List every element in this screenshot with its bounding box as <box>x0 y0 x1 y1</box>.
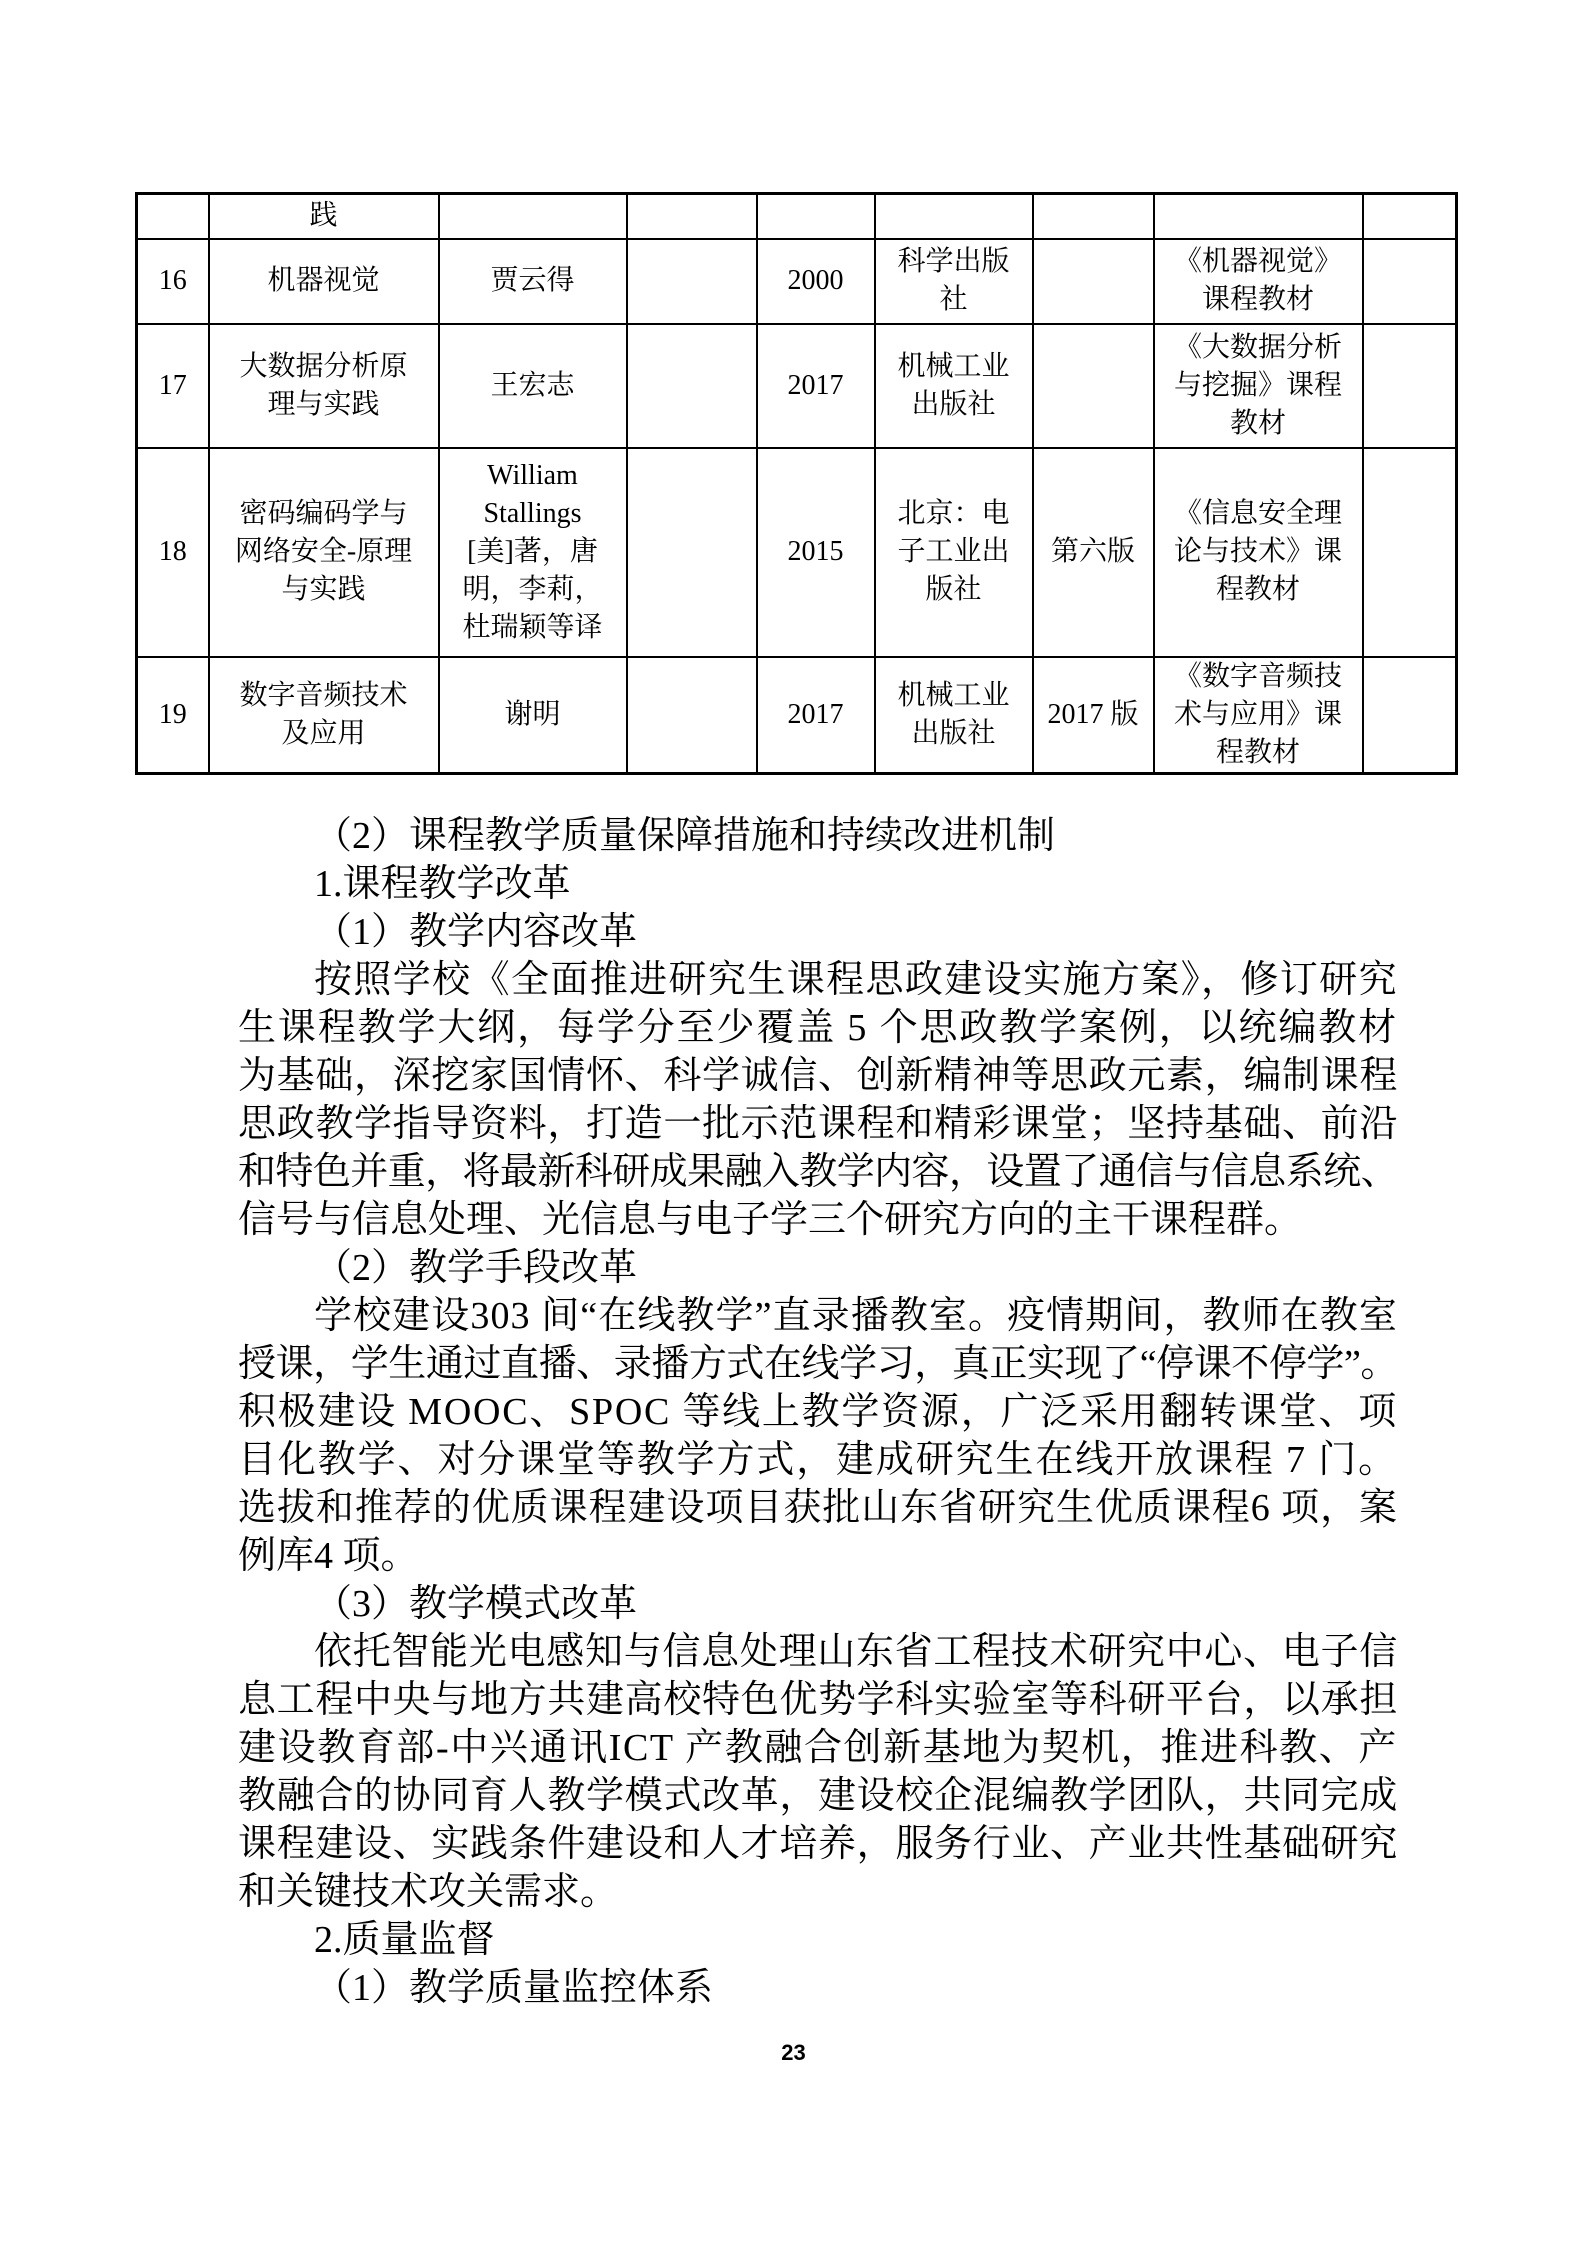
table-row: 践 <box>137 194 1457 239</box>
table-cell <box>439 194 627 239</box>
table-cell <box>627 324 757 448</box>
table-cell <box>627 448 757 657</box>
table-cell: 机械工业 出版社 <box>875 324 1033 448</box>
table-cell <box>627 657 757 774</box>
text-line: 和关键技术攻关需求。 <box>238 1868 1398 1916</box>
table-cell: 机械工业 出版社 <box>875 657 1033 774</box>
text-line-content: 建设教育部-中兴通讯ICT 产教融合创新基地为契机，推进科教、产 <box>238 1727 1398 1769</box>
text-line-content: 课程建设、实践条件建设和人才培养，服务行业、产业共性基础研究 <box>238 1823 1398 1865</box>
table-cell: 密码编码学与 网络安全-原理 与实践 <box>209 448 439 657</box>
text-line: 按照学校《全面推进研究生课程思政建设实施方案》，修订研究 <box>314 956 1398 1004</box>
text-line-content: 积极建设 MOOC、SPOC 等线上教学资源，广泛采用翻转课堂、项 <box>238 1391 1398 1433</box>
text-line-content: 2.质量监督 <box>314 1919 495 1961</box>
table-row: 16机器视觉贾云得2000科学出版 社《机器视觉》 课程教材 <box>137 239 1457 324</box>
table-row: 19数字音频技术 及应用谢明2017机械工业 出版社2017 版《数字音频技 术… <box>137 657 1457 774</box>
text-line: 课程建设、实践条件建设和人才培养，服务行业、产业共性基础研究 <box>238 1820 1398 1868</box>
text-line-content: 信号与信息处理、光信息与电子学三个研究方向的主干课程群。 <box>238 1199 1302 1241</box>
table-cell <box>627 239 757 324</box>
text-line-content: 选拔和推荐的优质课程建设项目获批山东省研究生优质课程6 项，案 <box>238 1487 1398 1529</box>
text-line-content: 授课，学生通过直播、录播方式在线学习，真正实现了“停课不停学”。 <box>238 1343 1398 1385</box>
table-cell: 2000 <box>757 239 875 324</box>
text-line-content: 生课程教学大纲，每学分至少覆盖 5 个思政教学案例，以统编教材 <box>238 1007 1398 1049</box>
table-cell: 北京：电 子工业出 版社 <box>875 448 1033 657</box>
text-line: 积极建设 MOOC、SPOC 等线上教学资源，广泛采用翻转课堂、项 <box>238 1388 1398 1436</box>
text-line-content: （1）教学内容改革 <box>314 911 637 953</box>
table-cell: 科学出版 社 <box>875 239 1033 324</box>
table-cell: 第六版 <box>1033 448 1154 657</box>
text-line-content: 思政教学指导资料，打造一批示范课程和精彩课堂；坚持基础、前沿 <box>238 1103 1398 1145</box>
table-cell: 2015 <box>757 448 875 657</box>
page-number: 23 <box>0 2040 1587 2066</box>
text-line-content: （3）教学模式改革 <box>314 1583 637 1625</box>
table-cell: 数字音频技术 及应用 <box>209 657 439 774</box>
textbook-table: 践16机器视觉贾云得2000科学出版 社《机器视觉》 课程教材17大数据分析原 … <box>135 192 1458 775</box>
table-cell <box>757 194 875 239</box>
text-line-content: 息工程中央与地方共建高校特色优势学科实验室等科研平台，以承担 <box>238 1679 1398 1721</box>
text-line: 1.课程教学改革 <box>314 860 1398 908</box>
text-line-content: （1）教学质量监控体系 <box>314 1967 713 2009</box>
table-cell <box>1363 239 1457 324</box>
table-cell: 2017 版 <box>1033 657 1154 774</box>
table-cell <box>1154 194 1363 239</box>
text-line-content: 目化教学、对分课堂等教学方式，建成研究生在线开放课程 7 门。 <box>238 1439 1398 1481</box>
text-line-content: 依托智能光电感知与信息处理山东省工程技术研究中心、电子信 <box>314 1631 1398 1673</box>
body-text: （2）课程教学质量保障措施和持续改进机制1.课程教学改革（1）教学内容改革按照学… <box>238 812 1398 2012</box>
text-line-content: 按照学校《全面推进研究生课程思政建设实施方案》，修订研究 <box>314 959 1398 1001</box>
text-line: 选拔和推荐的优质课程建设项目获批山东省研究生优质课程6 项，案 <box>238 1484 1398 1532</box>
table-cell <box>1363 324 1457 448</box>
text-line-content: 例库4 项。 <box>238 1535 419 1577</box>
text-line: 依托智能光电感知与信息处理山东省工程技术研究中心、电子信 <box>314 1628 1398 1676</box>
table-cell: 17 <box>137 324 209 448</box>
table-row: 18密码编码学与 网络安全-原理 与实践William Stallings [美… <box>137 448 1457 657</box>
text-line: 教融合的协同育人教学模式改革，建设校企混编教学团队，共同完成 <box>238 1772 1398 1820</box>
text-line: 学校建设303 间“在线教学”直录播教室。疫情期间，教师在教室 <box>314 1292 1398 1340</box>
table-cell <box>1363 194 1457 239</box>
text-line: （2）教学手段改革 <box>314 1244 1398 1292</box>
text-line: 例库4 项。 <box>238 1532 1398 1580</box>
text-line: 目化教学、对分课堂等教学方式，建成研究生在线开放课程 7 门。 <box>238 1436 1398 1484</box>
text-line-content: （2）教学手段改革 <box>314 1247 637 1289</box>
text-line: （2）课程教学质量保障措施和持续改进机制 <box>314 812 1398 860</box>
table-cell: 谢明 <box>439 657 627 774</box>
text-line-content: 和特色并重，将最新科研成果融入教学内容，设置了通信与信息系统、 <box>238 1151 1398 1193</box>
text-line: （1）教学质量监控体系 <box>314 1964 1398 2012</box>
table-cell: 《信息安全理 论与技术》课 程教材 <box>1154 448 1363 657</box>
table-cell: 18 <box>137 448 209 657</box>
table-cell <box>1033 194 1154 239</box>
text-line: （1）教学内容改革 <box>314 908 1398 956</box>
table-cell: William Stallings [美]著，唐 明，李莉， 杜瑞颖等译 <box>439 448 627 657</box>
table-cell: 王宏志 <box>439 324 627 448</box>
document-page: 践16机器视觉贾云得2000科学出版 社《机器视觉》 课程教材17大数据分析原 … <box>0 0 1587 2245</box>
text-line: 为基础，深挖家国情怀、科学诚信、创新精神等思政元素，编制课程 <box>238 1052 1398 1100</box>
table-cell <box>1363 657 1457 774</box>
text-line-content: 为基础，深挖家国情怀、科学诚信、创新精神等思政元素，编制课程 <box>238 1055 1398 1097</box>
text-line: 2.质量监督 <box>314 1916 1398 1964</box>
table-cell: 践 <box>209 194 439 239</box>
text-line: （3）教学模式改革 <box>314 1580 1398 1628</box>
table-cell <box>875 194 1033 239</box>
table-body: 践16机器视觉贾云得2000科学出版 社《机器视觉》 课程教材17大数据分析原 … <box>137 194 1457 774</box>
table-cell: 2017 <box>757 657 875 774</box>
text-line-content: 1.课程教学改革 <box>314 863 571 905</box>
text-line: 生课程教学大纲，每学分至少覆盖 5 个思政教学案例，以统编教材 <box>238 1004 1398 1052</box>
text-line: 建设教育部-中兴通讯ICT 产教融合创新基地为契机，推进科教、产 <box>238 1724 1398 1772</box>
table-cell: 贾云得 <box>439 239 627 324</box>
table-cell <box>1033 324 1154 448</box>
table-cell: 16 <box>137 239 209 324</box>
table-cell: 大数据分析原 理与实践 <box>209 324 439 448</box>
table-cell: 2017 <box>757 324 875 448</box>
table-cell <box>627 194 757 239</box>
text-line-content: （2）课程教学质量保障措施和持续改进机制 <box>314 815 1055 857</box>
text-line: 信号与信息处理、光信息与电子学三个研究方向的主干课程群。 <box>238 1196 1398 1244</box>
table-cell: 《机器视觉》 课程教材 <box>1154 239 1363 324</box>
text-line: 授课，学生通过直播、录播方式在线学习，真正实现了“停课不停学”。 <box>238 1340 1398 1388</box>
table-row: 17大数据分析原 理与实践王宏志2017机械工业 出版社《大数据分析 与挖掘》课… <box>137 324 1457 448</box>
table-cell <box>137 194 209 239</box>
text-line: 和特色并重，将最新科研成果融入教学内容，设置了通信与信息系统、 <box>238 1148 1398 1196</box>
table-cell: 机器视觉 <box>209 239 439 324</box>
text-line: 息工程中央与地方共建高校特色优势学科实验室等科研平台，以承担 <box>238 1676 1398 1724</box>
table-cell <box>1363 448 1457 657</box>
table-cell: 19 <box>137 657 209 774</box>
text-line-content: 教融合的协同育人教学模式改革，建设校企混编教学团队，共同完成 <box>238 1775 1398 1817</box>
table-cell <box>1033 239 1154 324</box>
table-cell: 《大数据分析 与挖掘》课程 教材 <box>1154 324 1363 448</box>
table-cell: 《数字音频技 术与应用》课 程教材 <box>1154 657 1363 774</box>
text-line-content: 学校建设303 间“在线教学”直录播教室。疫情期间，教师在教室 <box>314 1295 1398 1337</box>
text-line-content: 和关键技术攻关需求。 <box>238 1871 618 1913</box>
text-line: 思政教学指导资料，打造一批示范课程和精彩课堂；坚持基础、前沿 <box>238 1100 1398 1148</box>
